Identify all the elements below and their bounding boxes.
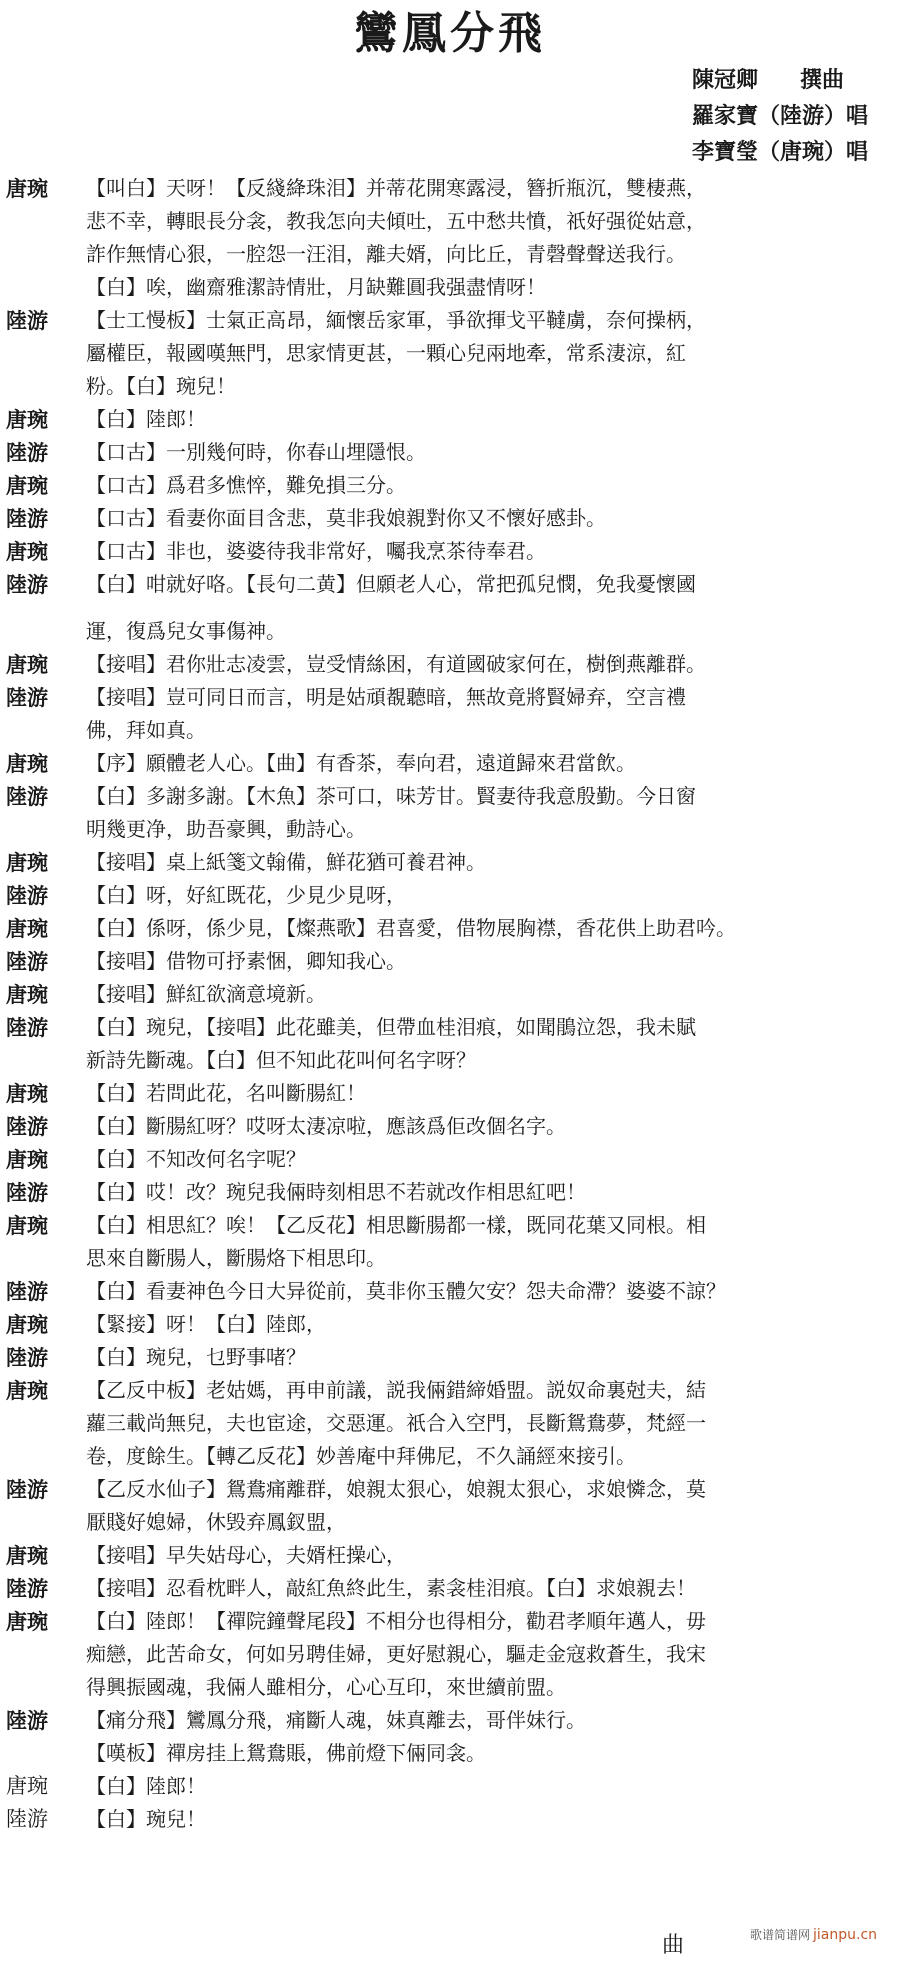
dialogue-entry: 唐琬【白】陸郎！ bbox=[0, 1770, 900, 1803]
lyric-line: 【序】願體老人心。【曲】有香茶，奉向君，遠道歸來君當飲。 bbox=[86, 747, 900, 780]
lyric-line: 【白】多謝多謝。【木魚】茶可口，味芳甘。賢妻待我意殷勤。今日窗 bbox=[86, 780, 900, 813]
lyric-line: 卷，度餘生。【轉乙反花】妙善庵中拜佛尼，不久誦經來接引。 bbox=[86, 1440, 900, 1473]
lyric-line: 詐作無情心狠，一腔怨一汪泪，離夫婿，向比丘，青磬聲聲送我行。 bbox=[86, 238, 900, 271]
lyric-line: 【白】相思紅？唉！【乙反花】相思斷腸都一樣，既同花葉又同根。相 bbox=[86, 1209, 900, 1242]
speaker-name: 陸游 bbox=[6, 304, 78, 337]
lyric-line: 【口古】爲君多憔悴，難免損三分。 bbox=[86, 469, 900, 502]
lyric-line: 【接唱】借物可抒素悃，卿知我心。 bbox=[86, 945, 900, 978]
lyric-line: 【白】係呀，係少見，【燦燕歌】君喜愛，借物展胸襟，香花供上助君吟。 bbox=[86, 912, 900, 945]
lyric-line: 粉。【白】琬兒！ bbox=[86, 370, 900, 403]
speaker-name: 陸游 bbox=[6, 1704, 78, 1737]
lyric-line: 悲不幸，轉眼長分衾，教我怎向夫傾吐，五中愁共憤，祇好强從姑意， bbox=[86, 205, 900, 238]
dialogue-entry: 陸游【痛分飛】鸞鳳分飛，痛斷人魂，妹真離去，哥伴妹行。【嘆板】禪房挂上鴛鴦賬，佛… bbox=[0, 1704, 900, 1770]
dialogue-entry: 唐琬【乙反中板】老姑媽，再申前議，説我倆錯締婚盟。説奴命裏尅夫，結蘿三載尚無兒，… bbox=[0, 1374, 900, 1473]
dialogue-entry: 唐琬【白】若問此花，名叫斷腸紅！ bbox=[0, 1077, 900, 1110]
speaker-name: 唐琬 bbox=[6, 1605, 78, 1638]
lyric-line: 【乙反水仙子】鴛鴦痛離群，娘親太狠心，娘親太狠心，求娘憐念，莫 bbox=[86, 1473, 900, 1506]
credit-role: （唐琬）唱 bbox=[758, 134, 868, 170]
speaker-name: 唐琬 bbox=[6, 1770, 78, 1803]
lyric-line: 佛，拜如真。 bbox=[86, 714, 900, 747]
credits-block: 陳冠卿撰曲 羅家寶（陸游）唱 李寶瑩（唐琬）唱 bbox=[692, 62, 892, 170]
speaker-name: 唐琬 bbox=[6, 747, 78, 780]
page-title: 鸞鳳分飛 bbox=[0, 4, 900, 64]
lyric-line: 【白】琬兒！ bbox=[86, 1803, 900, 1836]
lyric-line: 【白】斷腸紅呀？哎呀太淒凉啦，應該爲佢改個名字。 bbox=[86, 1110, 900, 1143]
dialogue-entry: 唐琬【接唱】鮮紅欲滴意境新。 bbox=[0, 978, 900, 1011]
lyric-line: 【口古】非也，婆婆待我非常好，囑我烹茶待奉君。 bbox=[86, 535, 900, 568]
speaker-name: 唐琬 bbox=[6, 912, 78, 945]
lyric-line: 蘿三載尚無兒，夫也宦途，交惡運。祇合入空門，長斷鴛鴦夢，梵經一 bbox=[86, 1407, 900, 1440]
lyric-line: 【緊接】呀！【白】陸郎， bbox=[86, 1308, 900, 1341]
speaker-name: 陸游 bbox=[6, 945, 78, 978]
dialogue-entry: 陸游【白】琬兒，乜野事啫？ bbox=[0, 1341, 900, 1374]
dialogue-entry: 陸游【接唱】忍看枕畔人，敲紅魚終此生，素衾桂泪痕。【白】求娘親去！ bbox=[0, 1572, 900, 1605]
lyric-line: 【白】陸郎！【禪院鐘聲尾段】不相分也得相分，勸君孝順年邁人，毋 bbox=[86, 1605, 900, 1638]
dialogue-entry: 唐琬【白】係呀，係少見，【燦燕歌】君喜愛，借物展胸襟，香花供上助君吟。 bbox=[0, 912, 900, 945]
speaker-name: 唐琬 bbox=[6, 403, 78, 436]
dialogue-entry: 陸游【士工慢板】士氣正高昂，緬懷岳家軍，爭欲揮戈平韃虜，奈何操柄，屬權臣，報國嘆… bbox=[0, 304, 900, 403]
site-watermark: 歌谱简谱网jianpu.cn bbox=[750, 1926, 877, 1943]
speaker-name: 唐琬 bbox=[6, 978, 78, 1011]
dialogue-entry: 陸游【接唱】借物可抒素悃，卿知我心。 bbox=[0, 945, 900, 978]
lyric-line: 【接唱】鮮紅欲滴意境新。 bbox=[86, 978, 900, 1011]
credit-role: （陸游）唱 bbox=[758, 98, 868, 134]
speaker-name: 陸游 bbox=[6, 436, 78, 469]
speaker-name: 唐琬 bbox=[6, 648, 78, 681]
speaker-name: 陸游 bbox=[6, 879, 78, 912]
dialogue-entry: 陸游【白】看妻神色今日大异從前，莫非你玉體欠安？怨夫命滯？婆婆不諒？ bbox=[0, 1275, 900, 1308]
lyric-line: 【痛分飛】鸞鳳分飛，痛斷人魂，妹真離去，哥伴妹行。 bbox=[86, 1704, 900, 1737]
lyric-line: 思來自斷腸人，斷腸烙下相思印。 bbox=[86, 1242, 900, 1275]
lyric-line: 【接唱】桌上紙箋文翰備，鮮花猶可養君神。 bbox=[86, 846, 900, 879]
lyric-line: 【叫白】天呀！【反綫絳珠泪】并蒂花開寒露浸，簪折瓶沉，雙棲燕， bbox=[86, 172, 900, 205]
lyric-line: 【士工慢板】士氣正高昂，緬懷岳家軍，爭欲揮戈平韃虜，奈何操柄， bbox=[86, 304, 900, 337]
speaker-name: 唐琬 bbox=[6, 1209, 78, 1242]
credit-name: 李寶瑩 bbox=[692, 134, 758, 170]
credit-name: 陳冠卿 bbox=[692, 62, 758, 98]
speaker-name: 陸游 bbox=[6, 681, 78, 714]
speaker-name: 陸游 bbox=[6, 568, 78, 601]
dialogue-entry: 唐琬【接唱】君你壯志凌雲，豈受情絲困，有道國破家何在，樹倒燕離群。 bbox=[0, 648, 900, 681]
speaker-name: 陸游 bbox=[6, 1473, 78, 1506]
lyric-line: 【接唱】君你壯志凌雲，豈受情絲困，有道國破家何在，樹倒燕離群。 bbox=[86, 648, 900, 681]
credit-lyricist: 陳冠卿撰曲 bbox=[692, 62, 892, 98]
lyric-line: 【白】呀，好紅既花，少見少見呀， bbox=[86, 879, 900, 912]
lyric-line: 明幾更净，助吾豪興，動詩心。 bbox=[86, 813, 900, 846]
speaker-name: 唐琬 bbox=[6, 1308, 78, 1341]
dialogue-entry: 陸游【乙反水仙子】鴛鴦痛離群，娘親太狠心，娘親太狠心，求娘憐念，莫厭賤好媳婦，休… bbox=[0, 1473, 900, 1539]
lyric-line: 【白】唉，幽齋雅潔詩情壯，月缺難圓我强盡情呀！ bbox=[86, 271, 900, 304]
dialogue-entry: 陸游【白】琬兒！ bbox=[0, 1803, 900, 1836]
speaker-name: 唐琬 bbox=[6, 1143, 78, 1176]
credit-singer-luyou: 羅家寶（陸游）唱 bbox=[692, 98, 892, 134]
lyric-line: 屬權臣，報國嘆無門，思家情更甚，一顆心兒兩地牽，常系淒涼，紅 bbox=[86, 337, 900, 370]
watermark-site-name: 歌谱简谱网 bbox=[750, 1928, 810, 1942]
dialogue-entry: 陸游【白】琬兒，【接唱】此花雖美，但帶血桂泪痕，如聞鵑泣怨，我未賦新詩先斷魂。【… bbox=[0, 1011, 900, 1077]
speaker-name: 唐琬 bbox=[6, 1374, 78, 1407]
speaker-name: 陸游 bbox=[6, 780, 78, 813]
dialogue-entry: 陸游【白】斷腸紅呀？哎呀太淒凉啦，應該爲佢改個名字。 bbox=[0, 1110, 900, 1143]
lyric-line: 【接唱】忍看枕畔人，敲紅魚終此生，素衾桂泪痕。【白】求娘親去！ bbox=[86, 1572, 900, 1605]
speaker-name: 唐琬 bbox=[6, 172, 78, 205]
lyric-line: 痴戀，此苦命女，何如另聘佳婦，更好慰親心，驅走金寇救蒼生，我宋 bbox=[86, 1638, 900, 1671]
speaker-name: 陸游 bbox=[6, 1572, 78, 1605]
dialogue-entry: 唐琬【緊接】呀！【白】陸郎， bbox=[0, 1308, 900, 1341]
lyric-line: 【嘆板】禪房挂上鴛鴦賬，佛前燈下倆同衾。 bbox=[86, 1737, 900, 1770]
speaker-name: 陸游 bbox=[6, 1176, 78, 1209]
lyric-line: 【接唱】早失姑母心，夫婿枉操心， bbox=[86, 1539, 900, 1572]
lyric-line: 運，復爲兒女事傷神。 bbox=[86, 615, 900, 648]
lyric-line: 【口古】看妻你面目含悲，莫非我娘親對你又不懷好感卦。 bbox=[86, 502, 900, 535]
dialogue-entry: 唐琬【接唱】早失姑母心，夫婿枉操心， bbox=[0, 1539, 900, 1572]
dialogue-entry: 唐琬【口古】非也，婆婆待我非常好，囑我烹茶待奉君。 bbox=[0, 535, 900, 568]
dialogue-entry: 陸游【白】呀，好紅既花，少見少見呀， bbox=[0, 879, 900, 912]
speaker-name: 陸游 bbox=[6, 502, 78, 535]
lyric-line: 厭賤好媳婦，休毁弃鳳釵盟， bbox=[86, 1506, 900, 1539]
credit-singer-tangwan: 李寶瑩（唐琬）唱 bbox=[692, 134, 892, 170]
lyric-line: 【白】琬兒，【接唱】此花雖美，但帶血桂泪痕，如聞鵑泣怨，我未賦 bbox=[86, 1011, 900, 1044]
lyric-line: 【白】哎！改？琬兒我倆時刻相思不若就改作相思紅吧！ bbox=[86, 1176, 900, 1209]
lyric-line: 新詩先斷魂。【白】但不知此花叫何名字呀？ bbox=[86, 1044, 900, 1077]
dialogue-entry: 唐琬【口古】爲君多憔悴，難免損三分。 bbox=[0, 469, 900, 502]
speaker-name: 陸游 bbox=[6, 1011, 78, 1044]
speaker-name: 唐琬 bbox=[6, 535, 78, 568]
script-body: 唐琬【叫白】天呀！【反綫絳珠泪】并蒂花開寒露浸，簪折瓶沉，雙棲燕，悲不幸，轉眼長… bbox=[0, 172, 900, 1836]
lyric-line: 【白】看妻神色今日大异從前，莫非你玉體欠安？怨夫命滯？婆婆不諒？ bbox=[86, 1275, 900, 1308]
lyric-line: 【白】若問此花，名叫斷腸紅！ bbox=[86, 1077, 900, 1110]
dialogue-entry: 陸游【白】多謝多謝。【木魚】茶可口，味芳甘。賢妻待我意殷勤。今日窗明幾更净，助吾… bbox=[0, 780, 900, 846]
speaker-name: 唐琬 bbox=[6, 1077, 78, 1110]
speaker-name: 陸游 bbox=[6, 1341, 78, 1374]
lyric-line: 【接唱】豈可同日而言，明是姑頑覩聽暗，無故竟將賢婦弃，空言禮 bbox=[86, 681, 900, 714]
dialogue-entry: 陸游【口古】看妻你面目含悲，莫非我娘親對你又不懷好感卦。 bbox=[0, 502, 900, 535]
dialogue-entry: 唐琬【白】不知改何名字呢？ bbox=[0, 1143, 900, 1176]
line-gap bbox=[86, 601, 900, 615]
lyric-line: 【白】不知改何名字呢？ bbox=[86, 1143, 900, 1176]
speaker-name: 唐琬 bbox=[6, 846, 78, 879]
speaker-name: 陸游 bbox=[6, 1110, 78, 1143]
dialogue-entry: 唐琬【序】願體老人心。【曲】有香茶，奉向君，遠道歸來君當飲。 bbox=[0, 747, 900, 780]
dialogue-entry: 陸游【白】咁就好咯。【長句二黄】但願老人心，常把孤兒憫，免我憂懷國運，復爲兒女事… bbox=[0, 568, 900, 648]
lyric-line: 【口古】一別幾何時，你春山埋隱恨。 bbox=[86, 436, 900, 469]
lyric-line: 【白】琬兒，乜野事啫？ bbox=[86, 1341, 900, 1374]
lyric-line: 【白】陸郎！ bbox=[86, 403, 900, 436]
speaker-name: 唐琬 bbox=[6, 469, 78, 502]
dialogue-entry: 陸游【接唱】豈可同日而言，明是姑頑覩聽暗，無故竟將賢婦弃，空言禮佛，拜如真。 bbox=[0, 681, 900, 747]
watermark-url: jianpu.cn bbox=[813, 1927, 877, 1943]
dialogue-entry: 唐琬【白】相思紅？唉！【乙反花】相思斷腸都一樣，既同花葉又同根。相思來自斷腸人，… bbox=[0, 1209, 900, 1275]
footer-qu-mark: 曲 bbox=[662, 1928, 684, 1959]
dialogue-entry: 陸游【口古】一別幾何時，你春山埋隱恨。 bbox=[0, 436, 900, 469]
dialogue-entry: 唐琬【白】陸郎！【禪院鐘聲尾段】不相分也得相分，勸君孝順年邁人，毋痴戀，此苦命女… bbox=[0, 1605, 900, 1704]
speaker-name: 陸游 bbox=[6, 1275, 78, 1308]
dialogue-entry: 陸游【白】哎！改？琬兒我倆時刻相思不若就改作相思紅吧！ bbox=[0, 1176, 900, 1209]
dialogue-entry: 唐琬【叫白】天呀！【反綫絳珠泪】并蒂花開寒露浸，簪折瓶沉，雙棲燕，悲不幸，轉眼長… bbox=[0, 172, 900, 304]
lyric-line: 【白】咁就好咯。【長句二黄】但願老人心，常把孤兒憫，免我憂懷國 bbox=[86, 568, 900, 601]
dialogue-entry: 唐琬【白】陸郎！ bbox=[0, 403, 900, 436]
credit-name: 羅家寶 bbox=[692, 98, 758, 134]
lyric-line: 得興振國魂，我倆人雖相分，心心互印，來世續前盟。 bbox=[86, 1671, 900, 1704]
credit-role: 撰曲 bbox=[800, 62, 844, 98]
lyric-line: 【乙反中板】老姑媽，再申前議，説我倆錯締婚盟。説奴命裏尅夫，結 bbox=[86, 1374, 900, 1407]
dialogue-entry: 唐琬【接唱】桌上紙箋文翰備，鮮花猶可養君神。 bbox=[0, 846, 900, 879]
speaker-name: 陸游 bbox=[6, 1803, 78, 1836]
lyric-line: 【白】陸郎！ bbox=[86, 1770, 900, 1803]
speaker-name: 唐琬 bbox=[6, 1539, 78, 1572]
